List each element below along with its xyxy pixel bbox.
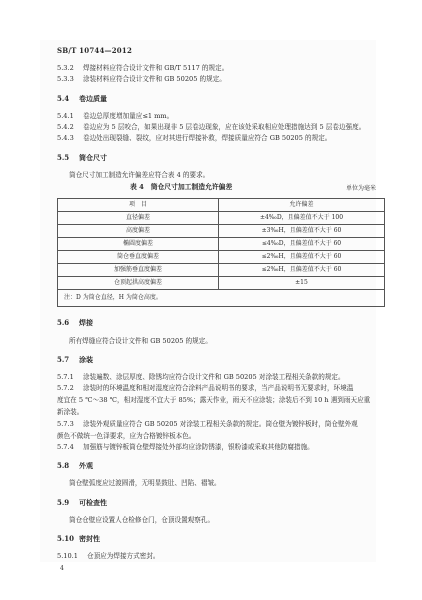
row-item: 加强筋垂直度偏差 [58,264,219,277]
clause-5-4-1: 5.4.1卷边总厚度增加量应≤1 mm。 [57,112,173,121]
header-tolerance: 允许偏差 [219,199,385,212]
clause-5-4-3: 5.4.3卷边处出现裂缝、裂纹，应对其进行焊接补救，焊接质量应符合 GB 502… [57,134,331,143]
clause-text: 加强筋与镀锌板筒仓壁焊接处外部均应涂防锈漆，银粉漆或采取其他防腐措施。 [83,443,314,451]
row-item: 直径偏差 [58,212,219,225]
clause-number: 5.7.1 [57,373,83,382]
section-title: 涂装 [79,355,93,364]
row-tolerance: ≤2‰H，且偏差值不大于 60 [219,251,385,264]
clause-number: 5.3.2 [57,64,83,73]
section-title: 外观 [79,461,93,470]
section-number: 5.8 [57,461,79,470]
section-title: 筒仓尺寸 [79,153,107,162]
clause-number: 5.3.3 [57,75,83,84]
table-row: 加强筋垂直度偏差 ≤2‰H，且偏差值不大于 60 [58,264,385,277]
section-number: 5.9 [57,498,79,507]
section-heading-5-5: 5.5筒仓尺寸 [57,153,107,162]
section-number: 5.10 [57,534,79,543]
row-tolerance: ±4‰D，且偏差值不大于 100 [219,212,385,225]
row-tolerance: ≤2‰H，且偏差值不大于 60 [219,264,385,277]
clause-5-7-1: 5.7.1涂装遍数、涂层厚度、除锈均应符合设计文件和 GB 50205 对涂装工… [57,373,345,382]
row-tolerance: ±15 [219,277,385,290]
clause-number: 5.4.1 [57,112,83,121]
section-heading-5-4: 5.4卷边质量 [57,94,107,103]
table-4-title: 表 4 筒仓尺寸加工制造允许偏差 [130,183,232,192]
table-row: 直径偏差 ±4‰D，且偏差值不大于 100 [58,212,385,225]
clause-number: 5.4.2 [57,123,83,132]
section-title: 密封性 [79,534,100,543]
clause-number: 5.7.2 [57,384,83,393]
clause-text: 涂装材料应符合设计文件和 GB 50205 的规定。 [83,75,226,83]
table-4: 项 目 允许偏差 直径偏差 ±4‰D，且偏差值不大于 100 高度偏差 ±3‰H… [57,198,385,307]
table-header-row: 项 目 允许偏差 [58,199,385,212]
row-tolerance: ≤4‰D，且偏差值不大于 60 [219,238,385,251]
row-item: 高度偏差 [58,225,219,238]
section-5-9-text: 筒仓仓壁应设置人仓检修仓门，仓顶设置观察孔。 [57,516,214,525]
row-item: 仓顶起拱高度偏差 [58,277,219,290]
section-title: 焊接 [79,318,93,327]
section-5-5-intro: 筒仓尺寸加工制造允许偏差应符合表 4 的要求。 [57,171,209,180]
row-tolerance: ±3‰H，且偏差值不大于 60 [219,225,385,238]
clause-5-3-3: 5.3.3涂装材料应符合设计文件和 GB 50205 的规定。 [57,75,226,84]
row-item: 椭圆度偏差 [58,238,219,251]
section-heading-5-9: 5.9可检查性 [57,498,107,507]
header-item: 项 目 [58,199,219,212]
clause-5-7-2: 5.7.2涂装时的环境温度和相对湿度应符合涂料产品说明书的要求，当产品说明书无要… [57,384,353,393]
clause-number: 5.4.3 [57,134,83,143]
section-heading-5-7: 5.7涂装 [57,355,93,364]
section-heading-5-8: 5.8外观 [57,461,93,470]
row-item: 筒仓垂直度偏差 [58,251,219,264]
clause-5-10-1: 5.10.1仓顶应为焊接方式密封。 [57,552,160,561]
standard-header: SB/T 10744—2012 [57,46,132,55]
section-number: 5.4 [57,94,79,103]
clause-text: 卷边总厚度增加量应≤1 mm。 [83,112,173,120]
table-row: 高度偏差 ±3‰H，且偏差值不大于 60 [58,225,385,238]
clause-number: 5.10.1 [57,552,87,561]
table-note: 注：D 为筒仓直径，H 为筒仓高度。 [58,290,385,307]
clause-text: 卷边应为 5 层咬合，如果出现非 5 层卷边现象，应在该处采取相应处理措施达到 … [83,123,365,131]
clause-text-line: 涂装外观质量应符合 GB 50205 对涂装工程相关条款的规定。筒仓壁为镀锌板时… [83,420,358,428]
clause-5-7-3: 5.7.3涂装外观质量应符合 GB 50205 对涂装工程相关条款的规定。筒仓壁… [57,420,358,429]
clause-text: 焊接材料应符合设计文件和 GB/T 5117 的规定。 [83,64,228,72]
clause-text: 卷边处出现裂缝、裂纹，应对其进行焊接补救，焊接质量应符合 GB 50205 的规… [83,134,331,142]
table-4-unit: 单位为毫米 [346,184,376,193]
section-title: 卷边质量 [79,94,107,103]
section-heading-5-6: 5.6焊接 [57,318,93,327]
clause-5-3-2: 5.3.2焊接材料应符合设计文件和 GB/T 5117 的规定。 [57,64,228,73]
section-heading-5-10: 5.10密封性 [57,534,100,543]
table-row: 筒仓垂直度偏差 ≤2‰H，且偏差值不大于 60 [58,251,385,264]
clause-5-7-3-line-2: 颜色不做统一色泽要求，应为合格镀锌板本色。 [57,432,195,441]
document-page: SB/T 10744—2012 5.3.2焊接材料应符合设计文件和 GB/T 5… [40,40,376,562]
page-number: 4 [60,564,64,573]
section-5-8-text: 筒仓壁弧度应过渡圆滑，无明显鼓肚、凹陷、褶皱。 [57,479,221,488]
clause-5-7-4: 5.7.4加强筋与镀锌板筒仓壁焊接处外部均应涂防锈漆，银粉漆或采取其他防腐措施。 [57,443,314,452]
clause-text-line: 涂装时的环境温度和相对湿度应符合涂料产品说明书的要求，当产品说明书无要求时，环境… [83,384,353,392]
table-note-row: 注：D 为筒仓直径，H 为筒仓高度。 [58,290,385,307]
table-row: 仓顶起拱高度偏差 ±15 [58,277,385,290]
clause-5-7-2-line-2: 度宜在 5 ℃～38 ℃，相对湿度不宜大于 85%；露天作业，雨天不应涂装；涂装… [57,396,370,405]
section-number: 5.7 [57,355,79,364]
section-title: 可检查性 [79,498,107,507]
section-5-6-text: 所有焊缝应符合设计文件和 GB 50205 的规定。 [57,337,212,346]
clause-number: 5.7.3 [57,420,83,429]
clause-5-7-2-line-3: 新涂装。 [57,408,83,417]
section-number: 5.5 [57,153,79,162]
clause-number: 5.7.4 [57,443,83,452]
clause-text: 涂装遍数、涂层厚度、除锈均应符合设计文件和 GB 50205 对涂装工程相关条款… [83,373,345,381]
section-number: 5.6 [57,318,79,327]
table-row: 椭圆度偏差 ≤4‰D，且偏差值不大于 60 [58,238,385,251]
clause-5-4-2: 5.4.2卷边应为 5 层咬合，如果出现非 5 层卷边现象，应在该处采取相应处理… [57,123,365,132]
clause-text: 仓顶应为焊接方式密封。 [87,552,160,560]
